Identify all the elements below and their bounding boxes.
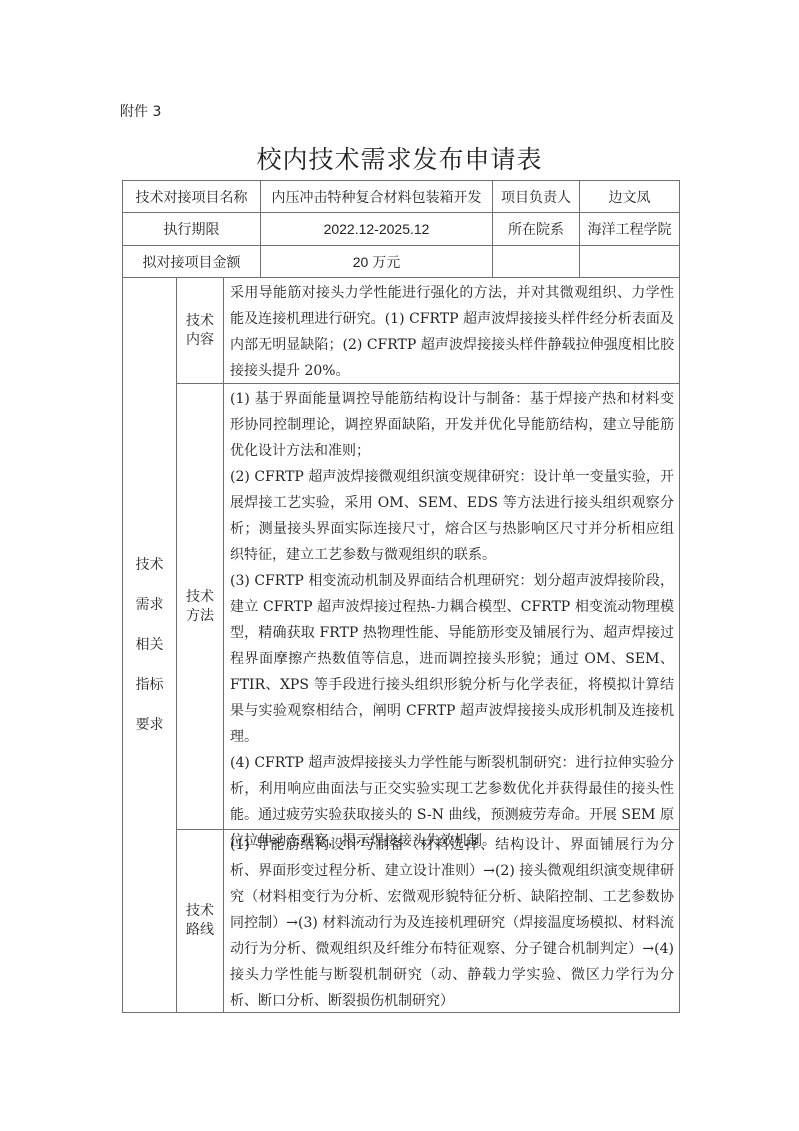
project-leader-label: 项目负责人	[492, 180, 580, 213]
project-name-label: 技术对接项目名称	[122, 180, 261, 213]
label-line: 路线	[186, 921, 214, 940]
project-name-value: 内压冲击特种复合材料包装箱开发	[260, 180, 493, 213]
label-line: 内容	[186, 331, 214, 350]
application-form-table: 技术对接项目名称 内压冲击特种复合材料包装箱开发 项目负责人 边文凤 执行期限 …	[122, 180, 680, 1013]
paragraph: (1) 基于界面能量调控导能筋结构设计与制备：基于焊接产热和材料变形协同控制理论…	[230, 386, 674, 464]
amount-label: 拟对接项目金额	[122, 245, 261, 278]
group-label-line: 需求	[136, 585, 164, 625]
paragraph: (3) CFRTP 相变流动机制及界面结合机理研究：划分超声波焊接阶段，建立 C…	[230, 568, 674, 750]
page-title: 校内技术需求发布申请表	[0, 140, 799, 176]
empty-label-cell	[492, 245, 580, 278]
group-label-line: 技术	[136, 545, 164, 585]
label-line: 技术	[186, 588, 214, 607]
paragraph: 采用导能筋对接头力学性能进行强化的方法，并对其微观组织、力学性能及连接机理进行研…	[230, 280, 674, 384]
tech-method-label: 技术 方法	[176, 383, 224, 830]
paragraph: (1) 导能筋结构设计与制备（材料选择、结构设计、界面铺展行为分析、界面形变过程…	[230, 832, 674, 1014]
amount-value: 20 万元	[260, 245, 493, 278]
department-value: 海洋工程学院	[579, 212, 680, 246]
empty-value-cell	[579, 245, 680, 278]
attachment-label: 附件 3	[120, 101, 161, 121]
tech-content-text: 采用导能筋对接头力学性能进行强化的方法，并对其微观组织、力学性能及连接机理进行研…	[223, 277, 680, 384]
project-leader-value: 边文凤	[579, 180, 680, 213]
period-label: 执行期限	[122, 212, 261, 246]
tech-content-label: 技术 内容	[176, 277, 224, 384]
requirements-group-label: 技术 需求 相关 指标 要求	[122, 277, 177, 1013]
department-label: 所在院系	[492, 212, 580, 246]
group-label-line: 要求	[136, 705, 164, 745]
label-line: 技术	[186, 902, 214, 921]
tech-method-text: (1) 基于界面能量调控导能筋结构设计与制备：基于焊接产热和材料变形协同控制理论…	[223, 383, 680, 830]
period-value: 2022.12-2025.12	[260, 212, 493, 246]
paragraph: (2) CFRTP 超声波焊接微观组织演变规律研究：设计单一变量实验，开展焊接工…	[230, 464, 674, 568]
label-line: 方法	[186, 607, 214, 626]
tech-route-text: (1) 导能筋结构设计与制备（材料选择、结构设计、界面铺展行为分析、界面形变过程…	[223, 829, 680, 1013]
label-line: 技术	[186, 312, 214, 331]
tech-route-label: 技术 路线	[176, 829, 224, 1013]
group-label-line: 相关	[136, 625, 164, 665]
group-label-line: 指标	[136, 665, 164, 705]
